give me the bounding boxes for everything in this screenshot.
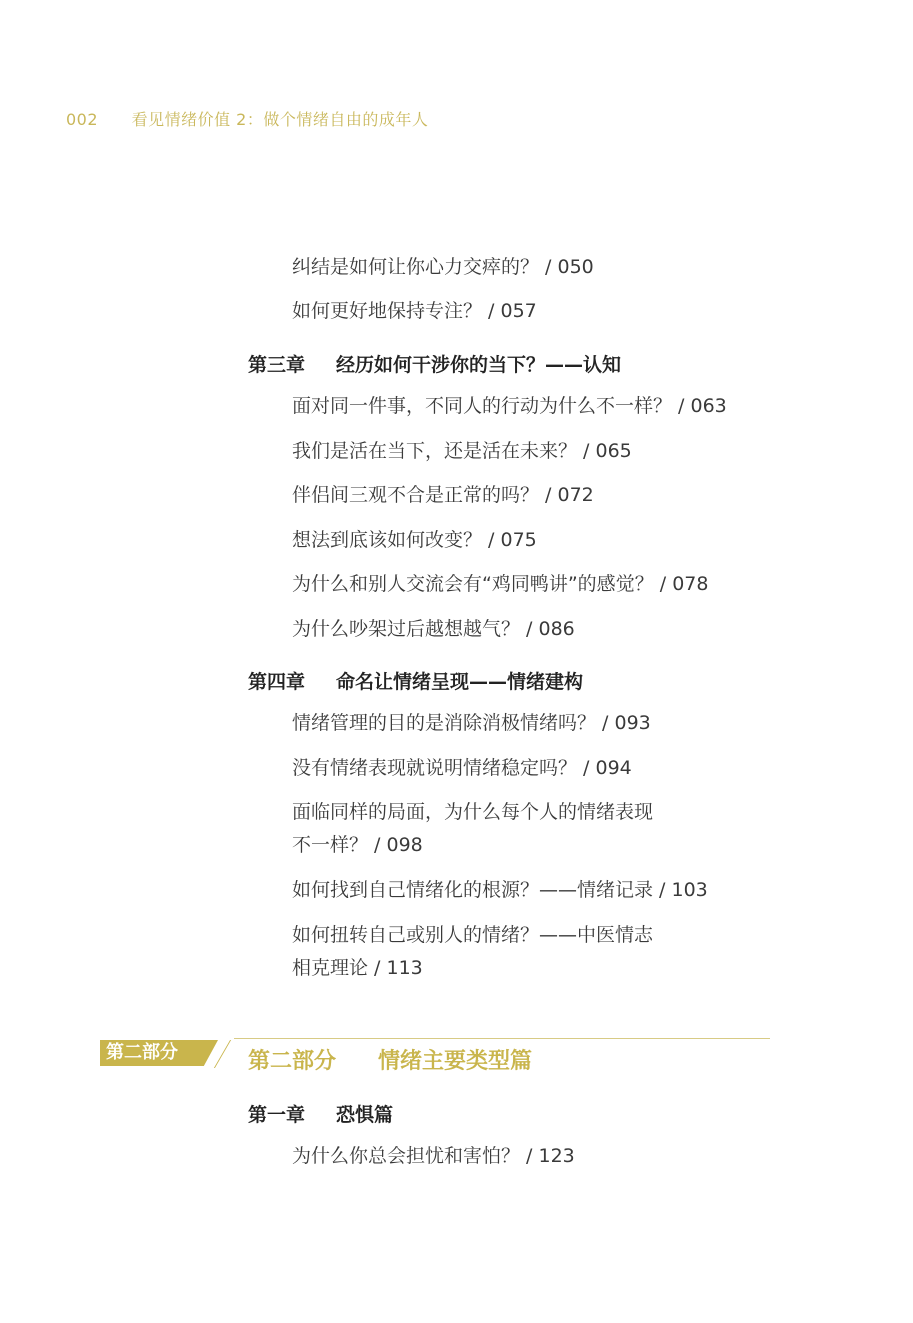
page-ref: 103 bbox=[672, 879, 708, 901]
toc-entry[interactable]: 为什么你总会担忧和害怕？ / 123 bbox=[292, 1140, 575, 1173]
toc-entry[interactable]: 如何扭转自己或别人的情绪？——中医情志 相克理论 / 113 bbox=[292, 919, 653, 985]
toc-entry[interactable]: 为什么和别人交流会有“鸡同鸭讲”的感觉？ / 078 bbox=[292, 568, 708, 601]
page-ref: 072 bbox=[558, 484, 594, 506]
toc-entry[interactable]: 伴侣间三观不合是正常的吗？ / 072 bbox=[292, 479, 594, 512]
toc-entry[interactable]: 我们是活在当下，还是活在未来？ / 065 bbox=[292, 435, 632, 468]
page-ref: 086 bbox=[539, 618, 575, 640]
chapter-heading[interactable]: 第三章经历如何干涉你的当下？——认知 bbox=[248, 350, 621, 377]
part-tag: 第二部分 bbox=[100, 1040, 218, 1066]
toc-entry[interactable]: 想法到底该如何改变？ / 075 bbox=[292, 524, 537, 557]
part-banner: 第二部分 第二部分情绪主要类型篇 bbox=[100, 1038, 770, 1078]
chapter-heading[interactable]: 第一章恐惧篇 bbox=[248, 1100, 393, 1127]
rule-line bbox=[234, 1038, 770, 1039]
page-ref: 098 bbox=[387, 834, 423, 856]
page-ref: 057 bbox=[501, 300, 537, 322]
page-ref: 113 bbox=[387, 957, 423, 979]
part-title[interactable]: 第二部分情绪主要类型篇 bbox=[248, 1044, 532, 1075]
toc-entry[interactable]: 如何更好地保持专注？ / 057 bbox=[292, 295, 537, 328]
toc-entry[interactable]: 面临同样的局面，为什么每个人的情绪表现 不一样？ / 098 bbox=[292, 796, 653, 862]
page-ref: 093 bbox=[615, 712, 651, 734]
running-header: 002 看见情绪价值 2：做个情绪自由的成年人 bbox=[66, 107, 428, 130]
toc-entry[interactable]: 情绪管理的目的是消除消极情绪吗？ / 093 bbox=[292, 707, 651, 740]
slash-divider bbox=[214, 1040, 231, 1068]
toc-entry[interactable]: 纠结是如何让你心力交瘁的？ / 050 bbox=[292, 251, 594, 284]
chapter-heading[interactable]: 第四章命名让情绪呈现——情绪建构 bbox=[248, 667, 583, 694]
toc-entry[interactable]: 面对同一件事，不同人的行动为什么不一样？ / 063 bbox=[292, 390, 727, 423]
page-ref: 123 bbox=[539, 1145, 575, 1167]
book-title: 看见情绪价值 2：做个情绪自由的成年人 bbox=[132, 110, 429, 129]
page-ref: 075 bbox=[501, 529, 537, 551]
toc-entry[interactable]: 如何找到自己情绪化的根源？——情绪记录 / 103 bbox=[292, 874, 708, 907]
page-ref: 094 bbox=[596, 757, 632, 779]
page-ref: 078 bbox=[672, 573, 708, 595]
page-ref: 065 bbox=[596, 440, 632, 462]
page-number: 002 bbox=[66, 110, 126, 129]
page-ref: 063 bbox=[691, 395, 727, 417]
page-ref: 050 bbox=[558, 256, 594, 278]
toc-entry[interactable]: 为什么吵架过后越想越气？ / 086 bbox=[292, 613, 575, 646]
toc-entry[interactable]: 没有情绪表现就说明情绪稳定吗？ / 094 bbox=[292, 752, 632, 785]
